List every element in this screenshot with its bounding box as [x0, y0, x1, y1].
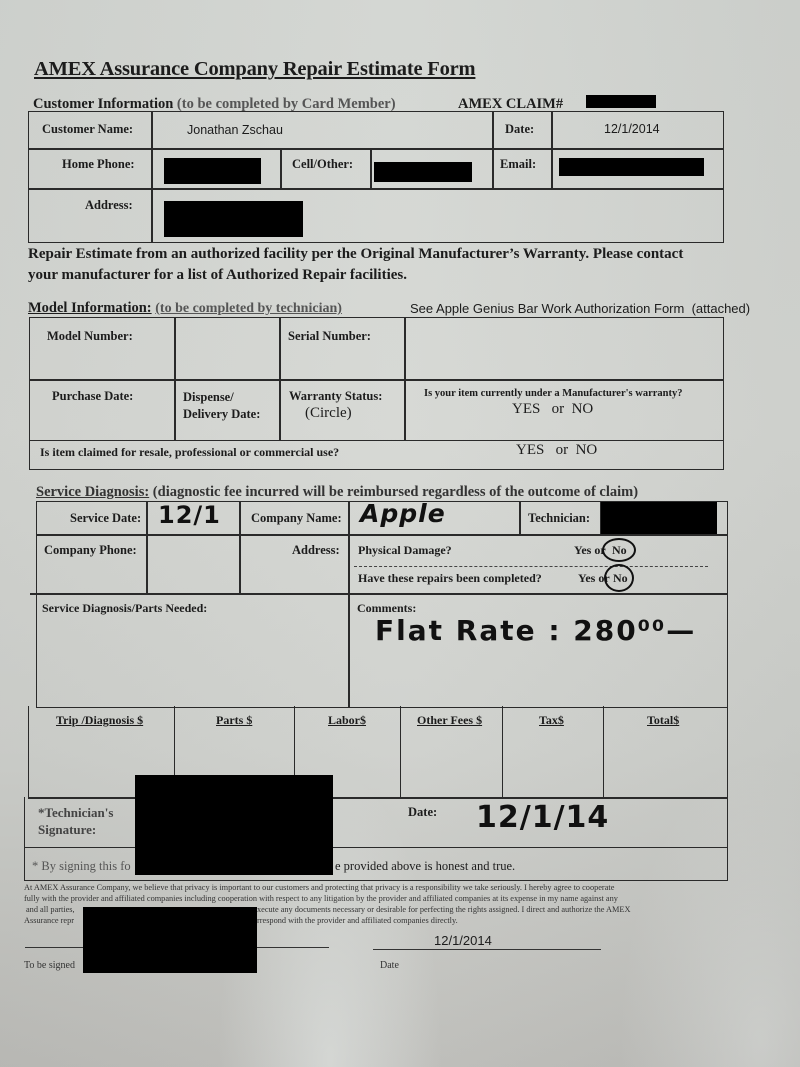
address-redacted — [164, 201, 303, 237]
privacy-redacted — [83, 907, 257, 973]
signature-date-value[interactable]: 12/1/14 — [476, 800, 609, 835]
warranty-options[interactable]: YES or NO — [512, 401, 593, 418]
company-phone-label: Company Phone: — [44, 543, 137, 558]
physical-damage-circle-mark — [602, 538, 636, 562]
email-redacted — [559, 158, 704, 176]
customer-heading: Customer Information — [33, 96, 173, 112]
service-section-heading: Service Diagnosis: (diagnostic fee incur… — [36, 484, 638, 501]
model-typed-note: See Apple Genius Bar Work Authorization … — [410, 301, 750, 316]
privacy-line-1: At AMEX Assurance Company, we believe th… — [24, 883, 614, 894]
model-number-label: Model Number: — [47, 329, 133, 344]
cell-label: Cell/Other: — [292, 157, 353, 172]
repairs-completed-label: Have these repairs been completed? — [358, 571, 542, 586]
service-subheading: (diagnostic fee incurred will be reimbur… — [153, 484, 638, 500]
repair-notice-line-2: your manufacturer for a list of Authoriz… — [28, 265, 683, 286]
cost-col-parts: Parts $ — [216, 713, 252, 728]
dashed-divider — [354, 566, 708, 567]
email-label: Email: — [500, 157, 536, 172]
purchase-date-label: Purchase Date: — [52, 389, 133, 404]
footer-signed-label: To be signed — [24, 960, 75, 971]
warranty-status-label: Warranty Status: — [289, 389, 382, 404]
cell-redacted — [374, 162, 472, 182]
service-address-label: Address: — [292, 543, 340, 558]
comments-value[interactable]: Flat Rate : 280⁰⁰— — [375, 614, 696, 647]
home-phone-label: Home Phone: — [62, 157, 135, 172]
repairs-completed-circle-mark — [604, 564, 634, 592]
technician-label: Technician: — [528, 511, 590, 526]
company-name-label: Company Name: — [251, 511, 342, 526]
service-heading: Service Diagnosis: — [36, 484, 149, 500]
physical-damage-options: Yes or — [574, 543, 606, 558]
signature-row — [24, 797, 728, 847]
customer-name-value[interactable]: Jonathan Zschau — [187, 123, 283, 137]
footer-date-value[interactable]: 12/1/2014 — [434, 933, 492, 948]
repair-notice-line-1: Repair Estimate from an authorized facil… — [28, 244, 683, 265]
dispense-label: Dispense/ Delivery Date: — [183, 389, 260, 423]
resale-question: Is item claimed for resale, professional… — [40, 445, 339, 460]
cost-col-labor: Labor$ — [328, 713, 366, 728]
technician-signature-label: *Technician's Signature: — [38, 804, 113, 838]
repair-notice: Repair Estimate from an authorized facil… — [28, 244, 683, 286]
signature-redacted — [135, 775, 333, 875]
privacy-line-3a: and all parties, — [26, 905, 75, 916]
service-date-label: Service Date: — [70, 511, 141, 526]
cost-col-trip: Trip /Diagnosis $ — [56, 713, 143, 728]
cost-col-tax: Tax$ — [539, 713, 564, 728]
company-name-value[interactable]: Apple — [360, 499, 446, 528]
model-heading: Model Information: — [28, 300, 152, 316]
customer-subheading: (to be completed by Card Member) — [177, 96, 396, 112]
dispense-label-2: Delivery Date: — [183, 406, 260, 423]
cost-col-total: Total$ — [647, 713, 679, 728]
diagnosis-label: Service Diagnosis/Parts Needed: — [42, 601, 207, 616]
signature-date-label: Date: — [408, 805, 437, 820]
privacy-line-4a: Assurance repr — [24, 916, 74, 927]
date-label: Date: — [505, 122, 534, 137]
address-label: Address: — [85, 198, 133, 213]
attestation-end: e provided above is honest and true. — [335, 859, 515, 874]
privacy-line-3b: xecute any documents necessary or desira… — [257, 905, 630, 916]
privacy-line-2: fully with the provider and affiliated c… — [24, 894, 618, 905]
dispense-label-1: Dispense/ — [183, 389, 260, 406]
cost-col-other-fees: Other Fees $ — [417, 713, 482, 728]
date-value[interactable]: 12/1/2014 — [604, 122, 660, 136]
footer-date-label: Date — [380, 960, 399, 971]
form-title: AMEX Assurance Company Repair Estimate F… — [34, 58, 475, 81]
resale-options[interactable]: YES or NO — [516, 442, 597, 459]
technician-signature-label-1: *Technician's — [38, 804, 113, 821]
physical-damage-label: Physical Damage? — [358, 543, 452, 558]
model-section-heading: Model Information: (to be completed by t… — [28, 300, 342, 317]
serial-number-label: Serial Number: — [288, 329, 371, 344]
warranty-question: Is your item currently under a Manufactu… — [424, 388, 683, 399]
customer-name-label: Customer Name: — [42, 122, 133, 137]
date-line — [373, 949, 601, 950]
model-subheading: (to be completed by technician) — [155, 301, 342, 316]
service-date-value[interactable]: 12/1 — [158, 501, 221, 529]
claim-number-redacted — [586, 95, 656, 108]
technician-signature-label-2: Signature: — [38, 821, 113, 838]
privacy-line-4b: rrespond with the provider and affiliate… — [257, 916, 458, 927]
technician-redacted — [601, 502, 717, 534]
home-phone-redacted — [164, 158, 261, 184]
attestation-start: * By signing this fo — [32, 859, 131, 874]
warranty-circle-label: (Circle) — [305, 405, 352, 422]
